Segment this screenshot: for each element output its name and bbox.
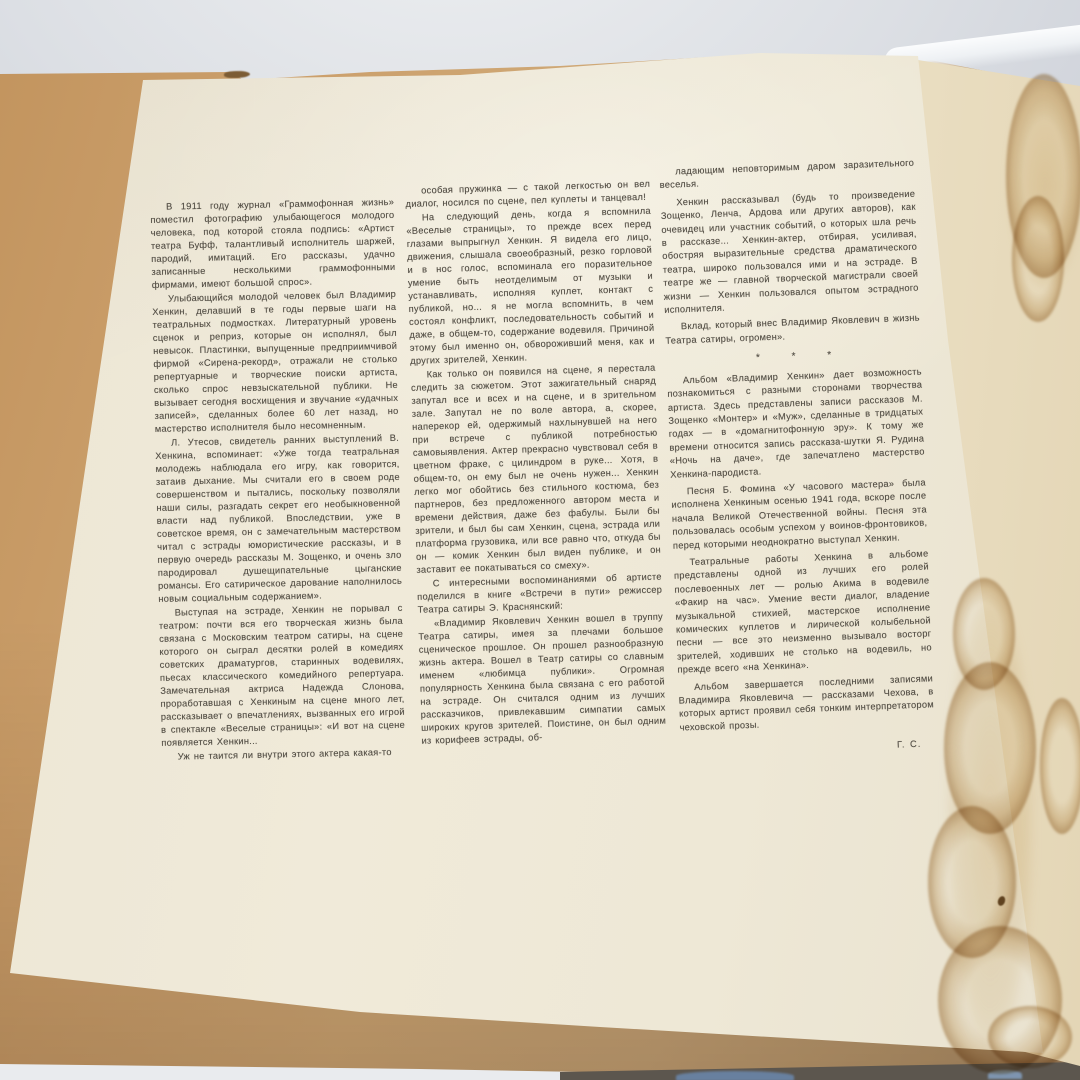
photo-scene: В 1911 году журнал «Граммофонная жизнь» …	[0, 0, 1080, 1080]
water-stain-lobe-b	[944, 662, 1036, 834]
paragraph: Выступая на эстраде, Хенкин не порывал с…	[159, 602, 406, 750]
paragraph: Театральные работы Хенкина в альбоме пре…	[673, 547, 932, 677]
liner-notes-insert: В 1911 году журнал «Граммофонная жизнь» …	[0, 0, 1080, 1080]
text-column-1: В 1911 году журнал «Граммофонная жизнь» …	[150, 196, 406, 764]
paragraph: В 1911 году журнал «Граммофонная жизнь» …	[150, 196, 396, 292]
author-initials: Г. С.	[680, 738, 935, 761]
paragraph: Как только он появился на сцене, я перес…	[410, 362, 661, 577]
section-divider-stars: * * *	[666, 346, 921, 369]
water-stain-right-mid	[1040, 698, 1080, 834]
paragraph: Улыбающийся молодой человек был Владимир…	[152, 288, 399, 436]
paragraph: Альбом «Владимир Хенкин» дает возможност…	[667, 365, 926, 482]
paragraph: «Владимир Яковлевич Хенкин вошел в трупп…	[418, 611, 667, 748]
paragraph: С интересными воспоминаниями об артисте …	[417, 571, 663, 617]
water-stain-top-right-lobe	[1012, 196, 1064, 322]
blue-object-bottom	[676, 1071, 794, 1080]
paragraph: Вклад, который внес Владимир Яковлевич в…	[665, 312, 921, 348]
paragraph: Хенкин рассказывал (будь то произведение…	[660, 187, 919, 317]
text-column-2: особая пружинка — с такой легкостью он в…	[405, 178, 667, 748]
text-column-3: ладающим неповторимым даром заразительно…	[659, 157, 936, 761]
paragraph: ладающим неповторимым даром заразительно…	[659, 157, 915, 193]
paragraph: Альбом завершается последними записями В…	[678, 672, 935, 735]
water-stain-lobe-e	[988, 1006, 1072, 1068]
paragraph: Л. Утесов, свидетель ранних выступлений …	[155, 432, 402, 606]
paragraph: Песня Б. Фомина «У часового мастера» был…	[671, 476, 928, 552]
paragraph: На следующий день, когда я вспомнила «Ве…	[406, 205, 656, 368]
